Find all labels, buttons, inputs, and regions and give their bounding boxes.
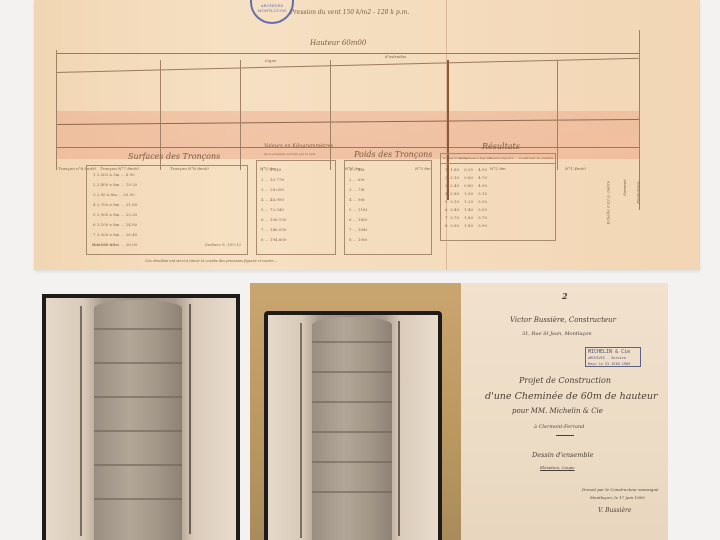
moments-row: 7 ... 146.050: [261, 225, 331, 235]
chimney-ring: [94, 396, 182, 398]
surfaces-total-right: Surface S. 159.12: [205, 240, 241, 250]
results-header: N° des tronçons Compression Kg/cm2 Tensi…: [441, 154, 555, 164]
moments-rows: 1 ... 2.345 2 ... 10.776 3 ... 24.000 4 …: [257, 161, 335, 249]
plan-height-label: Hauteur 60m00: [310, 39, 366, 47]
cover-builder: Victor Bussière, Constructeur: [510, 316, 616, 324]
stamp-line: Reçu le 23 JUIN 1909: [588, 361, 638, 367]
moments-row: 1 ... 2.345: [261, 165, 331, 175]
results-row: 3 2.45 0.80 4.90: [445, 182, 551, 190]
chimney-ring: [94, 362, 182, 364]
section-label: N°1 4m00: [565, 166, 586, 171]
chimney-ring: [94, 464, 182, 466]
moments-row: 6 ... 106.150: [261, 215, 331, 225]
cover-page-number: 2: [562, 291, 568, 301]
plan-footnote: Ces résultats ont servi à tracer la cour…: [145, 259, 277, 263]
side-label: Fondations: [636, 181, 641, 203]
plan-grid-v: [56, 50, 57, 170]
scaffold-pole: [398, 321, 400, 536]
chimney-ring: [312, 371, 392, 373]
plan-top-label-0: Ligne: [265, 58, 276, 63]
weights-row: 8 ... 190t: [349, 235, 427, 245]
plan-bottom-line: [56, 147, 639, 148]
moments-title: Valeurs en Kilogrammètres: [264, 143, 333, 149]
surfaces-row: 7 3.300 x 8m ... 26.40: [93, 230, 241, 240]
chimney-tower: [94, 300, 182, 540]
moments-row: 5 ... 72.545: [261, 205, 331, 215]
weights-row: 3 ... 78t: [349, 185, 427, 195]
side-label: Sommet: [622, 179, 627, 196]
weights-row: 7 ... 164t: [349, 225, 427, 235]
chimney-tower: [312, 317, 392, 540]
weights-table: 1 ... 48t 2 ... 60t 3 ... 78t 4 ... 96t …: [344, 160, 432, 255]
chimney-ring: [94, 498, 182, 500]
scaffold-pole: [189, 304, 191, 534]
results-row: 7 3.70 1.60 5.70: [445, 214, 551, 222]
scaffold-pole: [300, 323, 302, 538]
surfaces-row: 5 2.900 x 8m ... 23.20: [93, 210, 241, 220]
plan-grid-v: [240, 60, 241, 170]
cover-footer-line1: Dressé par le Constructeur soussigné: [582, 487, 658, 492]
moments-row: 2 ... 10.776: [261, 175, 331, 185]
results-table: N° des tronçons Compression Kg/cm2 Tensi…: [440, 153, 556, 241]
results-col: N° des tronçons: [443, 156, 457, 161]
chimney-ring: [312, 431, 392, 433]
scale-note: Echelle 0.02 p. mètre: [605, 181, 610, 225]
moments-table: 1 ... 2.345 2 ... 10.776 3 ... 24.000 4 …: [256, 160, 336, 255]
results-row: 4 2.80 1.00 5.10: [445, 190, 551, 198]
plan-grid-v: [557, 60, 558, 170]
plan-top-label-1: d'extrados: [385, 54, 406, 59]
surfaces-row: 1 2.302 x 3m ... 6.90: [93, 170, 241, 180]
plan-header: Pression du vent 150 k/m2 - 120 k p.m.: [290, 9, 409, 16]
moments-row: 4 ... 44.900: [261, 195, 331, 205]
cover-signature: V. Bussière: [598, 507, 631, 514]
weights-rows: 1 ... 48t 2 ... 60t 3 ... 78t 4 ... 96t …: [345, 161, 431, 249]
cover-subtitle: Dessin d'ensemble: [532, 451, 593, 459]
weights-row: 1 ... 48t: [349, 165, 427, 175]
scaffold-pole: [80, 306, 82, 536]
cover-title-line4: à Clermont-Ferrand: [534, 424, 584, 430]
weights-row: 5 ... 118t: [349, 205, 427, 215]
michelin-archive-stamp: MICHELIN & Cie ARCHIVES - Service Reçu l…: [585, 347, 641, 367]
chimney-ring: [94, 328, 182, 330]
results-row: 6 3.40 1.40 5.50: [445, 206, 551, 214]
surfaces-row: 2 2.400 x 8m ... 19.20: [93, 180, 241, 190]
chimney-photograph-1: [42, 294, 240, 540]
plan-grid-v: [330, 60, 331, 170]
cover-title-line1: Projet de Construction: [519, 376, 611, 385]
chimney-photograph-2: [264, 311, 442, 540]
weights-row: 2 ... 60t: [349, 175, 427, 185]
cover-divider: [556, 435, 574, 436]
results-col: Tension Kg/cm2: [489, 156, 517, 161]
chimney-ring: [94, 430, 182, 432]
cover-title-line2: d'une Cheminée de 60m de hauteur: [485, 391, 658, 402]
cover-subtitle2: Elévation, Coupe: [540, 465, 575, 470]
surfaces-row: 3 2.50 x 8m ... 20.00: [93, 190, 241, 200]
cover-title-line3: pour MM. Michelin & Cie: [512, 407, 603, 415]
weights-row: 4 ... 96t: [349, 195, 427, 205]
chimney-ring: [312, 461, 392, 463]
cover-address: 31, Rue St Jean, Montluçon: [522, 331, 592, 337]
results-row: 2 2.10 0.60 4.70: [445, 174, 551, 182]
results-row: 1 1.80 0.35 4.50: [445, 166, 551, 174]
surfaces-row: 4 2.700 x 8m ... 21.60: [93, 200, 241, 210]
moments-row: 3 ... 24.000: [261, 185, 331, 195]
surfaces-total-left: Haut 60.00: [92, 240, 115, 250]
moments-row: 8 ... 194.800: [261, 235, 331, 245]
cover-footer-line2: Montluçon, le 17 juin 1909: [590, 495, 645, 500]
results-title: Résultats: [482, 142, 520, 151]
weights-title: Poids des Tronçons: [354, 150, 432, 159]
weights-row: 6 ... 140t: [349, 215, 427, 225]
moments-subtitle: de la pression exercée par le vent: [264, 152, 315, 156]
results-col: Coefficient de stabilité: [519, 156, 551, 161]
results-row: 5 3.10 1.20 5.30: [445, 198, 551, 206]
plan-top-line: [56, 53, 639, 54]
surfaces-row: 6 3.100 x 8m ... 24.80: [93, 220, 241, 230]
surfaces-title: Surfaces des Tronçons: [128, 152, 220, 161]
results-row: 8 3.90 1.80 5.90: [445, 222, 551, 230]
chimney-ring: [312, 401, 392, 403]
results-col: Compression Kg/cm2: [459, 156, 487, 161]
chimney-ring: [312, 491, 392, 493]
chimney-ring: [312, 341, 392, 343]
results-rows: 1 1.80 0.35 4.50 2 2.10 0.60 4.70 3 2.45…: [441, 164, 555, 232]
